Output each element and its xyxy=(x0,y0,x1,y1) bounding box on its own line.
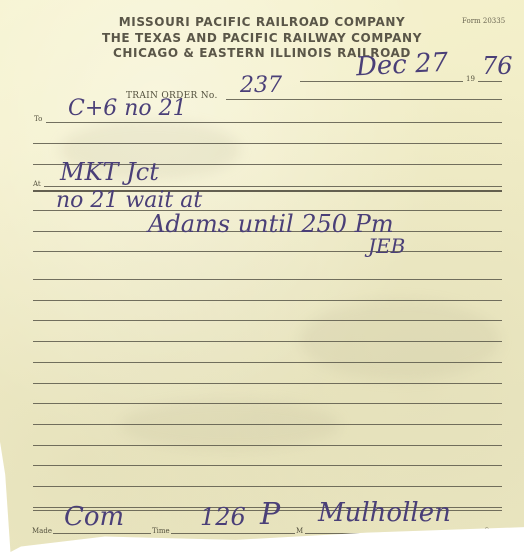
m-label: M xyxy=(296,527,303,535)
at-rule xyxy=(44,186,502,187)
date-rule xyxy=(300,81,463,82)
train-order-rule xyxy=(226,99,502,100)
header-line-missouri-pacific: MISSOURI PACIFIC RAILROAD COMPANY xyxy=(0,15,524,30)
ruled-line xyxy=(33,341,502,342)
ruled-line xyxy=(33,279,502,280)
order-text-line-3[interactable]: JEB xyxy=(368,236,405,256)
train-order-paper: MISSOURI PACIFIC RAILROAD COMPANY THE TE… xyxy=(0,0,524,552)
ruled-line xyxy=(33,383,502,384)
made-label: Made xyxy=(32,527,52,535)
to-label: To xyxy=(34,115,42,123)
to-value[interactable]: C+6 no 21 xyxy=(68,98,187,120)
made-value[interactable]: Com xyxy=(64,504,124,530)
paper-stain xyxy=(300,300,500,380)
time-value[interactable]: 126 xyxy=(200,505,246,529)
ruled-line xyxy=(33,320,502,321)
date-month-day[interactable]: Dec 27 xyxy=(355,50,448,81)
date-year[interactable]: 76 xyxy=(482,54,513,78)
order-text-line-1[interactable]: no 21 wait at xyxy=(56,190,202,212)
form-number: Form 20335 xyxy=(462,17,505,25)
time-label: Time xyxy=(152,527,170,535)
ruled-line xyxy=(33,362,502,363)
train-order-number[interactable]: 237 xyxy=(240,75,282,97)
to-rule xyxy=(46,122,502,123)
operator-signature[interactable]: Mulhollen xyxy=(318,500,451,526)
order-text-line-2[interactable]: Adams until 250 Pm xyxy=(148,212,394,236)
ruled-line xyxy=(33,300,502,301)
at-value[interactable]: MKT Jct xyxy=(60,160,159,184)
ruled-line xyxy=(33,465,502,466)
ruled-line xyxy=(33,403,502,404)
year-rule xyxy=(478,81,502,82)
time-rule xyxy=(171,533,295,534)
century-label: 19 xyxy=(466,75,475,83)
ruled-line xyxy=(33,486,502,487)
operator-rule xyxy=(305,533,481,534)
header-line-texas-pacific: THE TEXAS AND PACIFIC RAILWAY COMPANY xyxy=(0,31,524,46)
at-label: At xyxy=(33,180,41,188)
ruled-line xyxy=(33,251,502,252)
ruled-line xyxy=(33,445,502,446)
ruled-line xyxy=(33,424,502,425)
operator-label: Opr. xyxy=(484,527,499,535)
ruled-line xyxy=(33,143,502,144)
made-rule xyxy=(53,533,151,534)
meridiem-value[interactable]: P xyxy=(260,500,280,530)
paper-stain xyxy=(120,400,340,450)
